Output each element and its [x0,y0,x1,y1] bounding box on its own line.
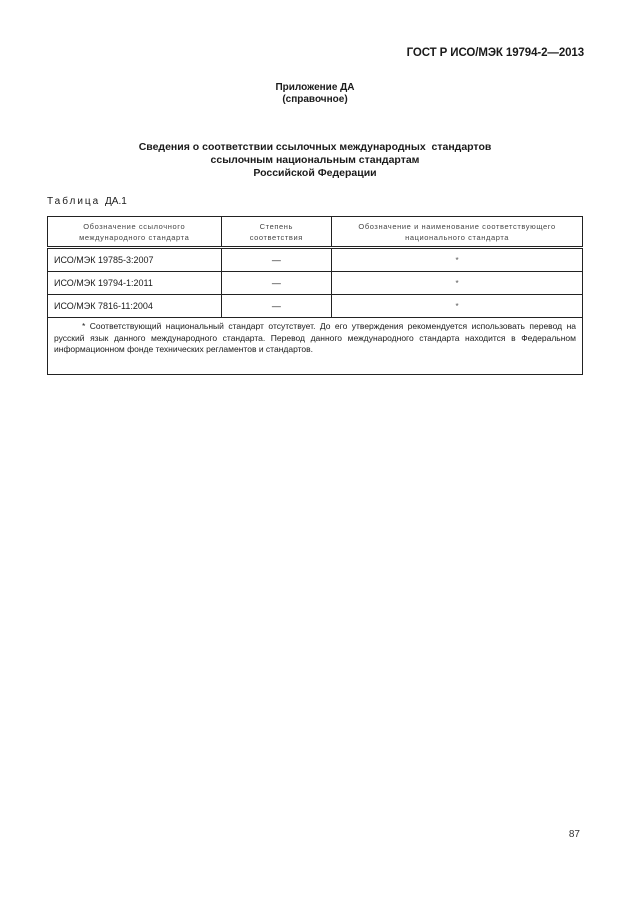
table-footnote-row: * Соответствующий национальный стандарт … [48,318,583,375]
footnote-text: * Соответствующий национальный стандарт … [54,321,576,354]
table-row: ИСО/МЭК 19785-3:2007 — * [48,248,583,272]
cell-standard: ИСО/МЭК 19785-3:2007 [48,248,222,272]
title-line-1: Сведения о соответствии ссылочных междун… [0,141,630,154]
header-degree-of-conformity: Степень соответствия [221,217,332,248]
title-line-3: Российской Федерации [0,167,630,180]
title-line-2: ссылочным национальным стандартам [0,154,630,167]
appendix-label: Приложение ДА [0,82,630,94]
cell-degree: — [221,272,332,295]
table-caption-label: Таблица [47,196,100,207]
table-caption-number: ДА.1 [105,196,127,207]
cell-standard: ИСО/МЭК 19794-1:2011 [48,272,222,295]
section-title: Сведения о соответствии ссылочных междун… [0,141,630,180]
cell-degree: — [221,295,332,318]
table-row: ИСО/МЭК 7816-11:2004 — * [48,295,583,318]
table-row: ИСО/МЭК 19794-1:2011 — * [48,272,583,295]
table-header-row: Обозначение ссылочного международного ст… [48,217,583,248]
page-number: 87 [569,829,580,840]
appendix-heading: Приложение ДА (справочное) [0,82,630,106]
header-international-standard: Обозначение ссылочного международного ст… [48,217,222,248]
cell-national: * [332,295,583,318]
reference-standards-table: Обозначение ссылочного международного ст… [47,216,583,375]
cell-degree: — [221,248,332,272]
cell-standard: ИСО/МЭК 7816-11:2004 [48,295,222,318]
document-code: ГОСТ Р ИСО/МЭК 19794-2—2013 [407,47,584,59]
table-footnote: * Соответствующий национальный стандарт … [48,318,583,375]
cell-national: * [332,272,583,295]
header-national-standard: Обозначение и наименование соответствующ… [332,217,583,248]
cell-national: * [332,248,583,272]
appendix-type: (справочное) [0,94,630,106]
table-caption: Таблица ДА.1 [47,196,127,207]
